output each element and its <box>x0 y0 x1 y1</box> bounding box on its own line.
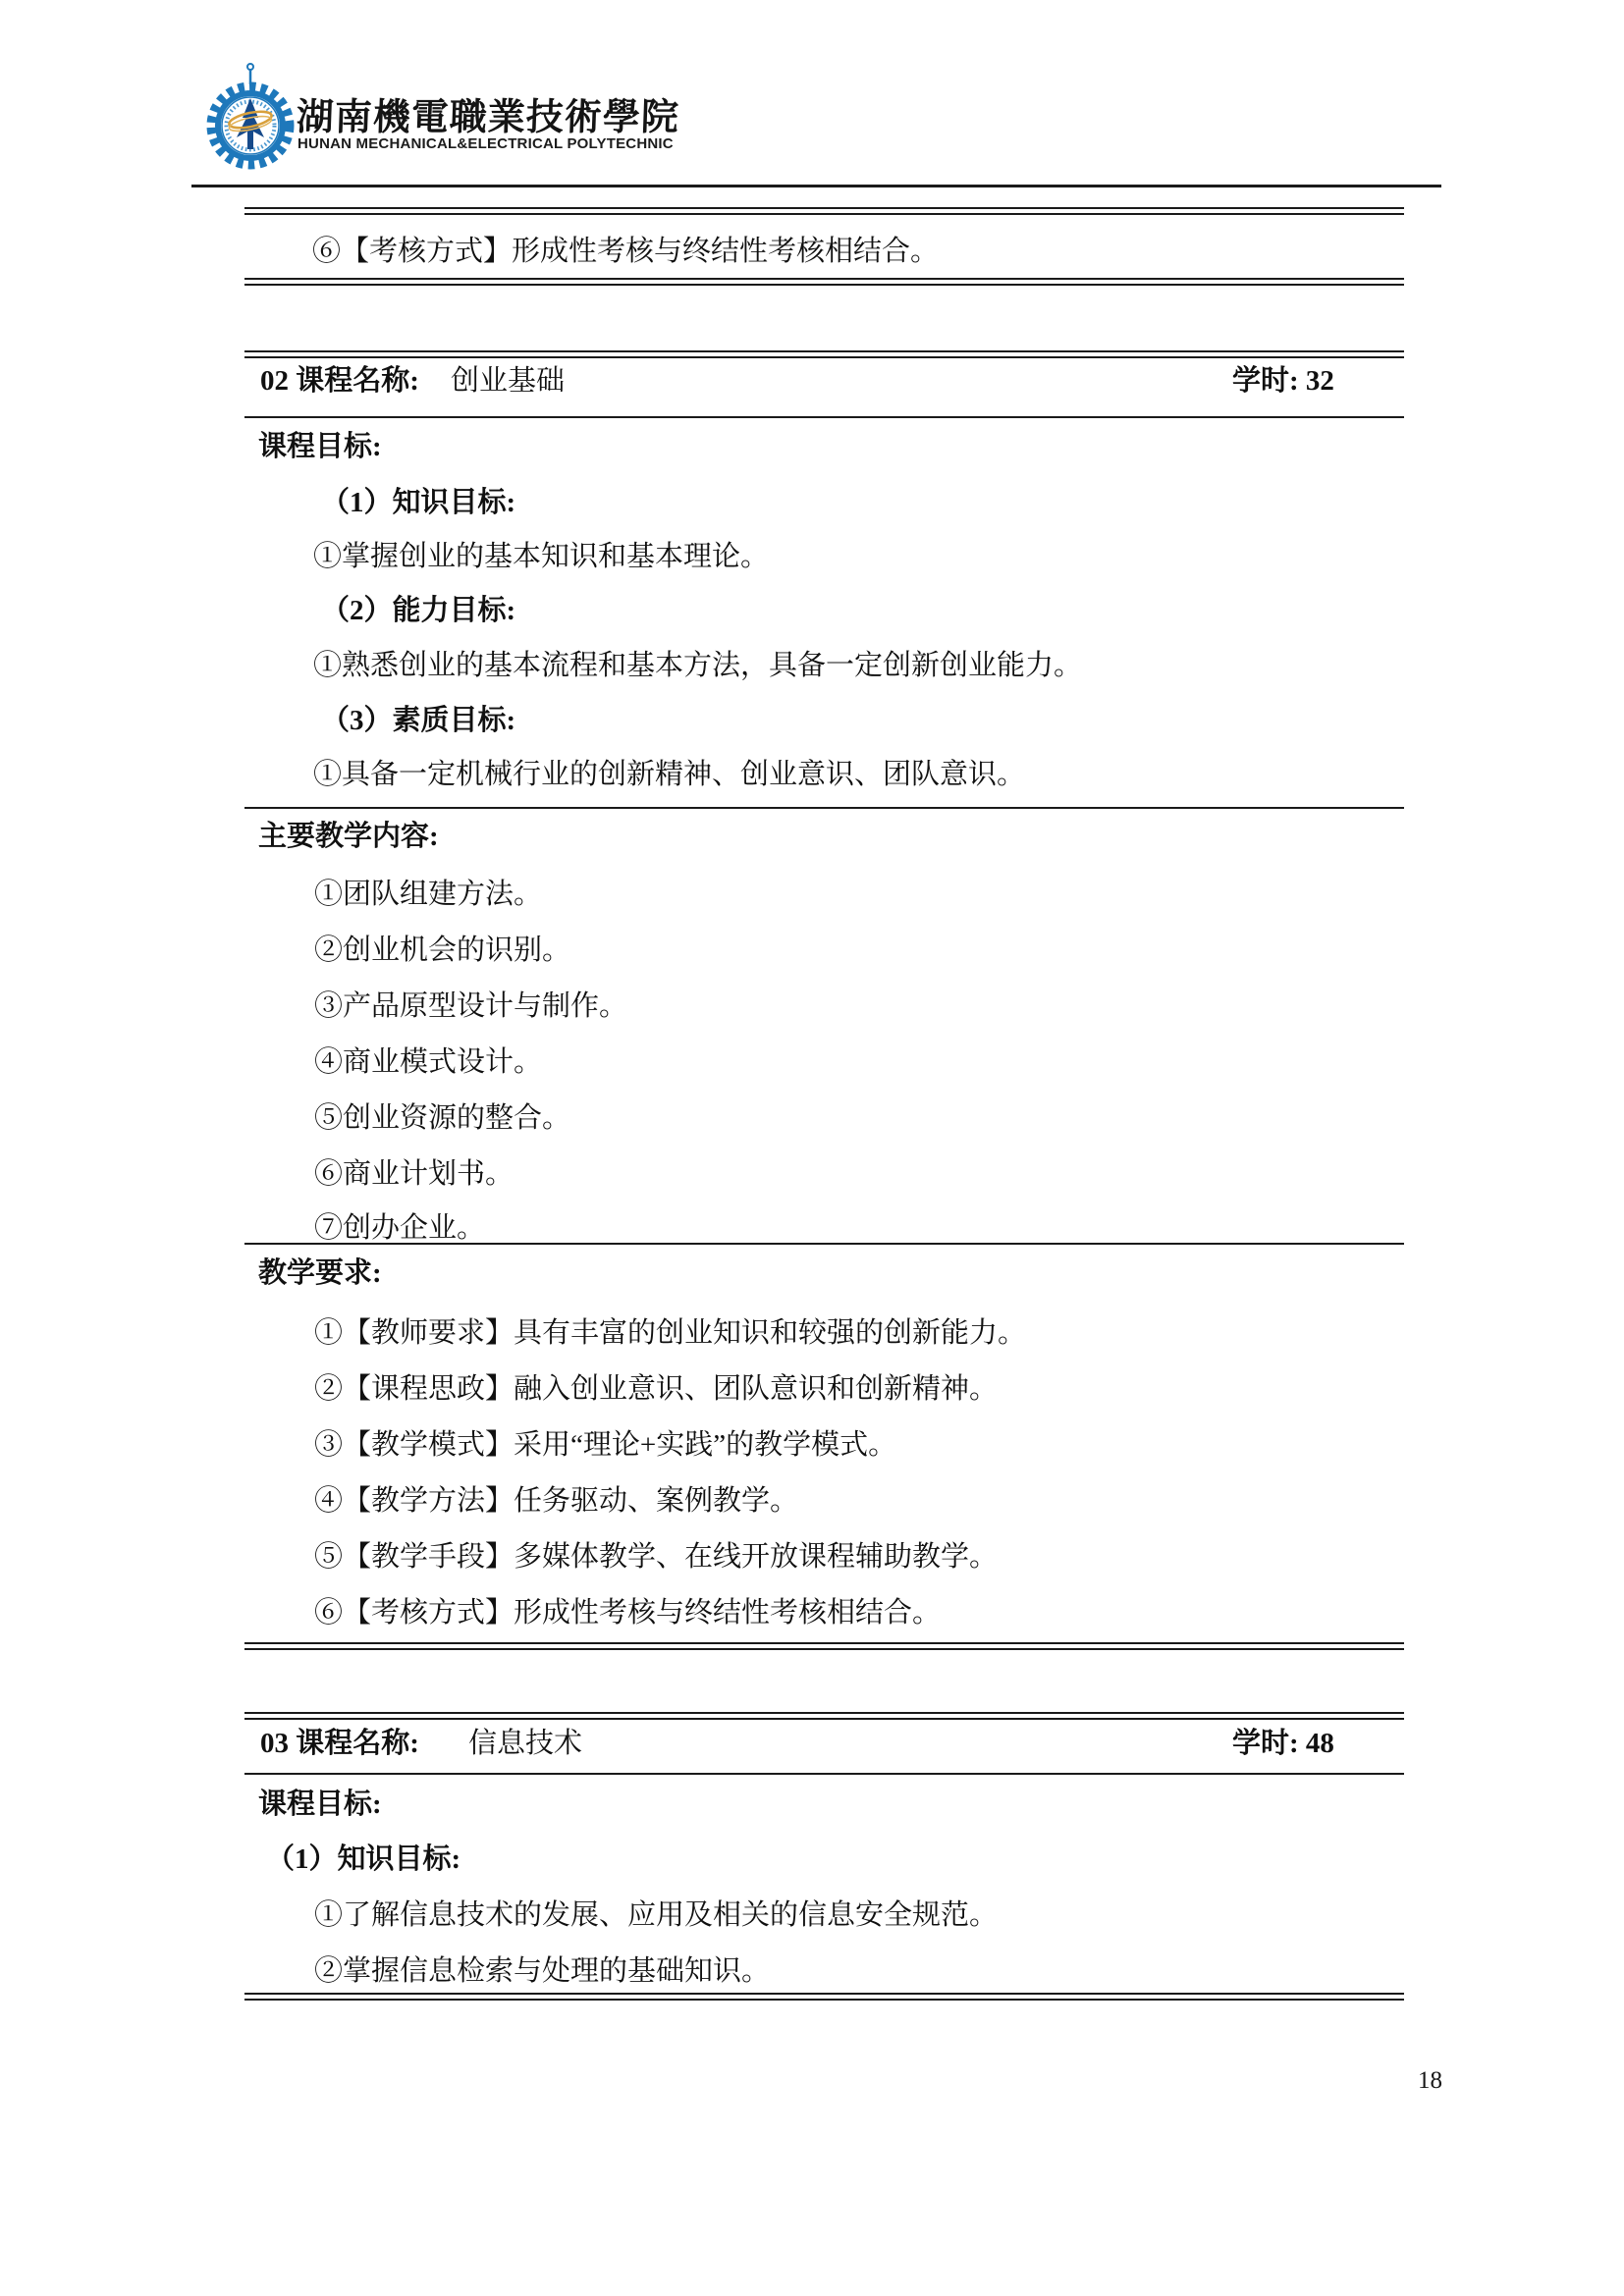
table-border-double <box>244 350 1404 358</box>
objective-item: ①掌握创业的基本知识和基本理论。 <box>313 539 769 574</box>
document-page: 湖南機電職業技術學院 HUNAN MECHANICAL&ELECTRICAL P… <box>0 0 1624 2296</box>
objective-subheading: （1）知识目标: <box>266 1842 460 1877</box>
content-item: ⑥商业计划书。 <box>314 1156 514 1192</box>
table-border-double <box>244 207 1404 215</box>
table-border-single <box>244 1773 1404 1775</box>
course-name: 信息技术 <box>468 1726 582 1761</box>
objective-subheading: （3）素质目标: <box>321 703 515 738</box>
course-number-label: 03 课程名称: <box>260 1726 419 1761</box>
school-name-english: HUNAN MECHANICAL&ELECTRICAL POLYTECHNIC <box>298 135 674 152</box>
requirement-item: ⑤【教学手段】多媒体教学、在线开放课程辅助教学。 <box>314 1539 998 1575</box>
table-border-double <box>244 1712 1404 1720</box>
table-border-double <box>244 278 1404 286</box>
objective-subheading: （1）知识目标: <box>321 485 515 520</box>
objective-item: ①熟悉创业的基本流程和基本方法，具备一定创新创业能力。 <box>313 648 1082 683</box>
requirement-item: ③【教学模式】采用“理论+实践”的教学模式。 <box>314 1427 896 1463</box>
requirements-heading: 教学要求: <box>258 1255 382 1291</box>
course-number-label: 02 课程名称: <box>260 363 419 399</box>
requirement-item: ①【教师要求】具有丰富的创业知识和较强的创新能力。 <box>314 1315 1026 1351</box>
objective-item: ①具备一定机械行业的创新精神、创业意识、团队意识。 <box>313 757 1025 792</box>
table-border-double <box>244 1642 1404 1650</box>
table-border-single <box>244 807 1404 809</box>
requirement-item: ②【课程思政】融入创业意识、团队意识和创新精神。 <box>314 1371 998 1407</box>
course-name: 创业基础 <box>451 363 565 399</box>
table-border-single <box>244 416 1404 418</box>
content-item: ③产品原型设计与制作。 <box>314 988 627 1024</box>
school-name-chinese: 湖南機電職業技術學院 <box>296 86 680 140</box>
course-hours: 学时: 48 <box>1232 1726 1334 1761</box>
content-heading: 主要教学内容: <box>258 819 439 854</box>
table-border-single <box>244 1243 1404 1245</box>
content-item: ⑦创办企业。 <box>314 1210 485 1246</box>
objective-item: ②掌握信息检索与处理的基础知识。 <box>314 1953 770 1989</box>
content-item: ④商业模式设计。 <box>314 1044 542 1080</box>
school-logo <box>201 59 299 172</box>
requirement-item: ⑥【考核方式】形成性考核与终结性考核相结合。 <box>314 1595 941 1630</box>
objective-item: ①了解信息技术的发展、应用及相关的信息安全规范。 <box>314 1897 998 1933</box>
objectives-heading: 课程目标: <box>258 1787 382 1822</box>
header-rule <box>191 185 1441 187</box>
requirement-item: ④【教学方法】任务驱动、案例教学。 <box>314 1483 798 1519</box>
content-item: ⑤创业资源的整合。 <box>314 1100 570 1136</box>
content-item: ①团队组建方法。 <box>314 877 542 912</box>
content-item: ②创业机会的识别。 <box>314 933 570 968</box>
objectives-heading: 课程目标: <box>258 429 382 464</box>
table-border-double <box>244 1993 1404 2001</box>
course-hours: 学时: 32 <box>1232 363 1334 399</box>
assessment-line-continued: ⑥【考核方式】形成性考核与终结性考核相结合。 <box>312 234 939 269</box>
page-number: 18 <box>1418 2067 1442 2095</box>
objective-subheading: （2）能力目标: <box>321 593 515 628</box>
